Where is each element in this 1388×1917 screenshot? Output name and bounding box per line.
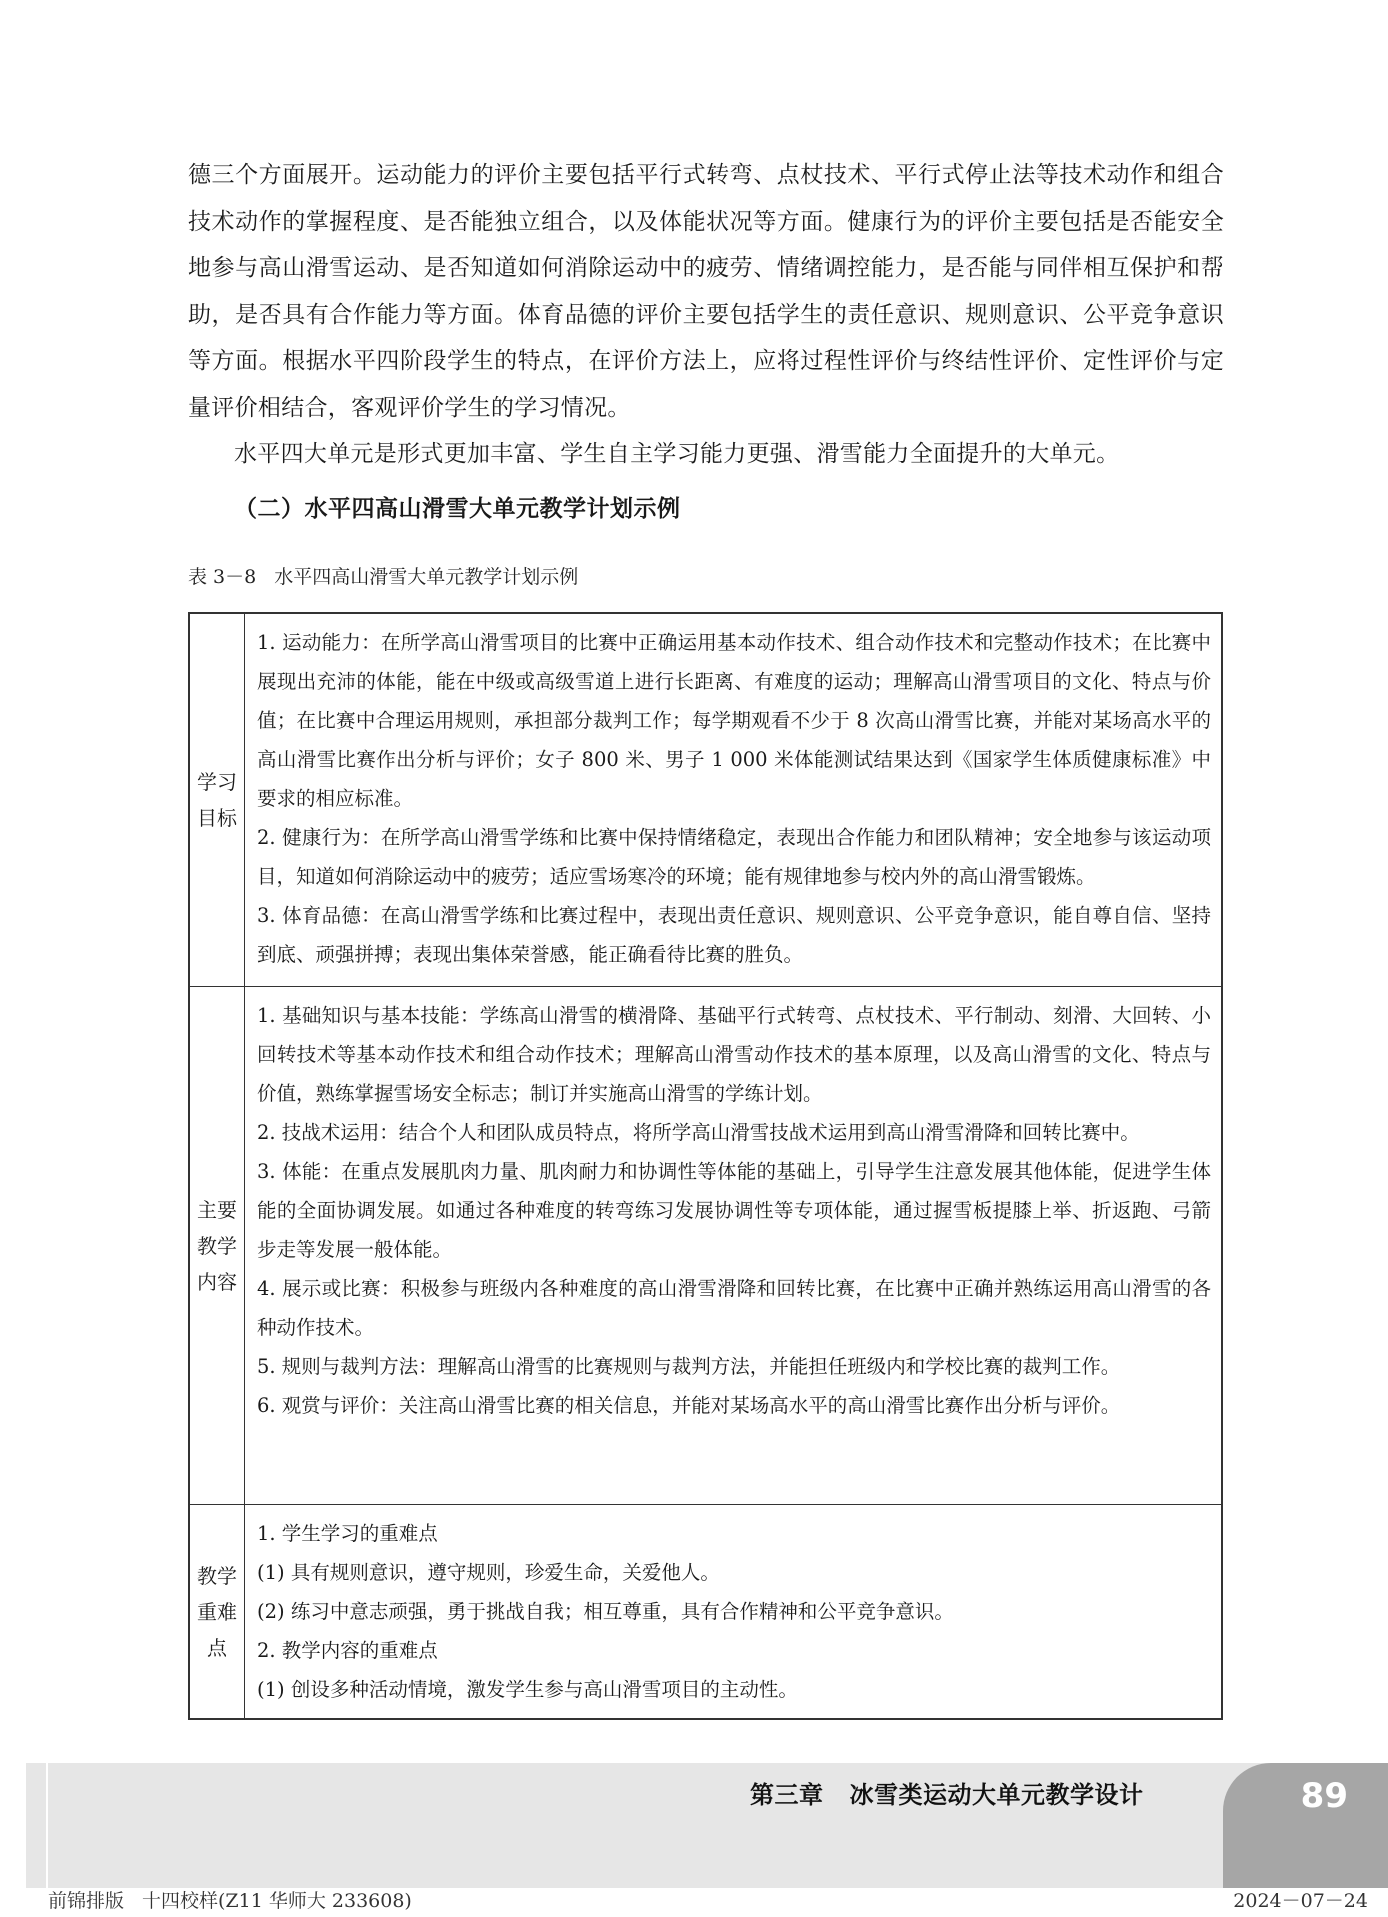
label-line: 重难 [190,1594,244,1630]
label-line: 点 [190,1630,244,1666]
list-item: (1) 创设多种活动情境，激发学生参与高山滑雪项目的主动性。 [257,1670,1211,1709]
list-item: (1) 具有规则意识，遵守规则，珍爱生命，关爱他人。 [257,1553,1211,1592]
list-item: 3. 体能：在重点发展肌肉力量、肌肉耐力和协调性等体能的基础上，引导学生注意发展… [257,1152,1211,1269]
label-line: 内容 [190,1264,244,1300]
body-text: 德三个方面展开。运动能力的评价主要包括平行式转弯、点杖技术、平行式停止法等技术动… [188,152,1224,478]
running-footer-chapter: 第三章冰雪类运动大单元教学设计 [750,1775,1144,1810]
chapter-title: 冰雪类运动大单元教学设计 [850,1781,1144,1809]
body-paragraph-2: 水平四大单元是形式更加丰富、学生自主学习能力更强、滑雪能力全面提升的大单元。 [188,431,1224,478]
table-row-key-points: 教学 重难 点 1. 学生学习的重难点 (1) 具有规则意识，遵守规则，珍爱生命… [189,1505,1222,1720]
teaching-plan-table: 学习 目标 1. 运动能力：在所学高山滑雪项目的比赛中正确运用基本动作技术、组合… [188,612,1223,1720]
table-row-learning-goals: 学习 目标 1. 运动能力：在所学高山滑雪项目的比赛中正确运用基本动作技术、组合… [189,613,1222,987]
print-info: 前锦排版十四校样(Z11 华师大 233608) [48,1886,412,1913]
label-line: 教学 [190,1558,244,1594]
footer-stripe [46,1763,48,1888]
list-item: 1. 运动能力：在所学高山滑雪项目的比赛中正确运用基本动作技术、组合动作技术和完… [257,623,1211,818]
body-paragraph-1: 德三个方面展开。运动能力的评价主要包括平行式转弯、点杖技术、平行式停止法等技术动… [188,152,1224,431]
list-item: 5. 规则与裁判方法：理解高山滑雪的比赛规则与裁判方法，并能担任班级内和学校比赛… [257,1347,1211,1386]
table-caption-title: 水平四高山滑雪大单元教学计划示例 [274,566,578,588]
print-proof: 十四校样(Z11 华师大 233608) [142,1890,412,1912]
row-content-learning-goals: 1. 运动能力：在所学高山滑雪项目的比赛中正确运用基本动作技术、组合动作技术和完… [245,613,1223,987]
table-row-main-content: 主要 教学 内容 1. 基础知识与基本技能：学练高山滑雪的横滑降、基础平行式转弯… [189,987,1222,1505]
list-item: 2. 技战术运用：结合个人和团队成员特点，将所学高山滑雪技战术运用到高山滑雪滑降… [257,1113,1211,1152]
print-date: 2024－07－24 [1233,1886,1368,1913]
row-content-key-points: 1. 学生学习的重难点 (1) 具有规则意识，遵守规则，珍爱生命，关爱他人。 (… [245,1505,1223,1720]
row-content-main-content: 1. 基础知识与基本技能：学练高山滑雪的横滑降、基础平行式转弯、点杖技术、平行制… [245,987,1223,1505]
list-item: 1. 基础知识与基本技能：学练高山滑雪的横滑降、基础平行式转弯、点杖技术、平行制… [257,996,1211,1113]
print-label: 前锦排版 [48,1890,124,1912]
page-number: 89 [1223,1763,1348,1826]
section-heading: （二）水平四高山滑雪大单元教学计划示例 [234,490,681,523]
list-item: 6. 观赏与评价：关注高山滑雪比赛的相关信息，并能对某场高水平的高山滑雪比赛作出… [257,1386,1211,1425]
list-item: 3. 体育品德：在高山滑雪学练和比赛过程中，表现出责任意识、规则意识、公平竞争意… [257,896,1211,974]
table-caption-number: 表 3－8 [188,566,256,588]
list-item: 2. 健康行为：在所学高山滑雪学练和比赛中保持情绪稳定，表现出合作能力和团队精神… [257,818,1211,896]
list-item: (2) 练习中意志顽强，勇于挑战自我；相互尊重，具有合作精神和公平竞争意识。 [257,1592,1211,1631]
chapter-number: 第三章 [750,1781,824,1809]
list-item: 2. 教学内容的重难点 [257,1631,1211,1670]
label-line: 主要 [190,1192,244,1228]
label-line: 目标 [190,800,244,836]
row-label-key-points: 教学 重难 点 [189,1505,245,1720]
table-caption: 表 3－8水平四高山滑雪大单元教学计划示例 [188,562,578,589]
footer-bar [26,1763,1388,1888]
label-line: 教学 [190,1228,244,1264]
row-label-learning-goals: 学习 目标 [189,613,245,987]
label-line: 学习 [190,764,244,800]
list-item: 4. 展示或比赛：积极参与班级内各种难度的高山滑雪滑降和回转比赛，在比赛中正确并… [257,1269,1211,1347]
row-label-main-content: 主要 教学 内容 [189,987,245,1505]
list-item: 1. 学生学习的重难点 [257,1514,1211,1553]
